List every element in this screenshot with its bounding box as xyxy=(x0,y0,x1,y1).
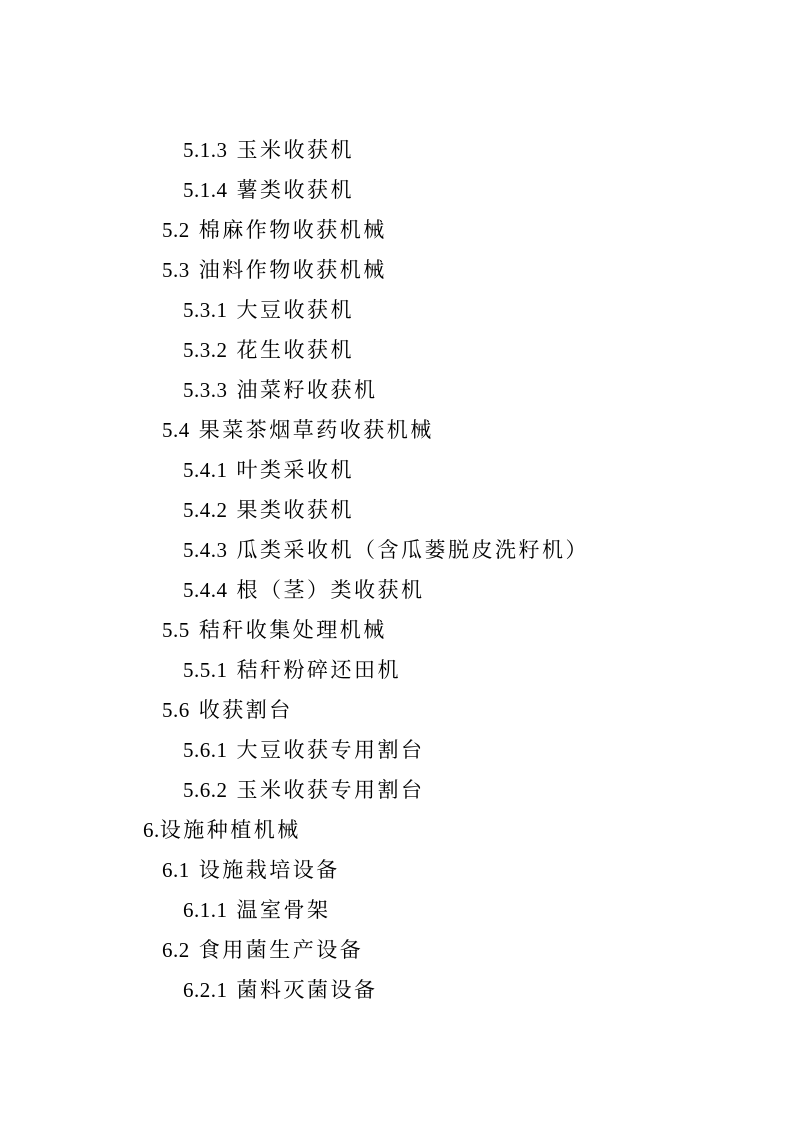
item-number: 5.1.4 xyxy=(183,178,228,202)
outline-item: 6.1.1温室骨架 xyxy=(0,890,793,930)
item-number: 5.4.3 xyxy=(183,538,228,562)
outline-item: 5.2棉麻作物收获机械 xyxy=(0,210,793,250)
item-number: 5.6 xyxy=(162,698,190,722)
item-number: 5.5.1 xyxy=(183,658,228,682)
outline-item: 5.3.1大豆收获机 xyxy=(0,290,793,330)
item-title: 油菜籽收获机 xyxy=(237,378,378,402)
item-number: 5.4.4 xyxy=(183,578,228,602)
item-title: 油料作物收获机械 xyxy=(199,258,387,282)
outline-item: 6.2食用菌生产设备 xyxy=(0,930,793,970)
item-number: 6.1 xyxy=(162,858,190,882)
item-title: 根（茎）类收获机 xyxy=(237,578,425,602)
outline-item: 5.5秸秆收集处理机械 xyxy=(0,610,793,650)
item-number: 5.4.1 xyxy=(183,458,228,482)
item-number: 5.2 xyxy=(162,218,190,242)
item-title: 温室骨架 xyxy=(237,898,331,922)
item-number: 6.2 xyxy=(162,938,190,962)
item-number: 5.4.2 xyxy=(183,498,228,522)
item-number: 5.4 xyxy=(162,418,190,442)
item-title: 棉麻作物收获机械 xyxy=(199,218,387,242)
document-page: 5.1.3玉米收获机 5.1.4薯类收获机 5.2棉麻作物收获机械 5.3油料作… xyxy=(0,0,793,1122)
item-title: 大豆收获专用割台 xyxy=(237,738,425,762)
item-title: 食用菌生产设备 xyxy=(199,938,364,962)
item-number: 5.6.1 xyxy=(183,738,228,762)
item-title: 收获割台 xyxy=(199,698,293,722)
item-title: 菌料灭菌设备 xyxy=(237,978,378,1002)
item-title: 秸秆收集处理机械 xyxy=(199,618,387,642)
outline-item: 5.4.2果类收获机 xyxy=(0,490,793,530)
outline-item: 5.4果菜茶烟草药收获机械 xyxy=(0,410,793,450)
item-title: 秸秆粉碎还田机 xyxy=(237,658,402,682)
item-number: 6. xyxy=(143,818,160,842)
item-title: 花生收获机 xyxy=(237,338,355,362)
item-title: 玉米收获机 xyxy=(237,138,355,162)
outline-item: 5.1.3玉米收获机 xyxy=(0,130,793,170)
outline-item: 5.6收获割台 xyxy=(0,690,793,730)
item-title: 大豆收获机 xyxy=(237,298,355,322)
item-title: 设施栽培设备 xyxy=(199,858,340,882)
item-title: 设施种植机械 xyxy=(160,818,301,842)
item-number: 6.2.1 xyxy=(183,978,228,1002)
outline-item: 6.1设施栽培设备 xyxy=(0,850,793,890)
outline-item: 5.6.2玉米收获专用割台 xyxy=(0,770,793,810)
item-title: 果类收获机 xyxy=(237,498,355,522)
item-number: 5.3 xyxy=(162,258,190,282)
outline-item: 5.5.1秸秆粉碎还田机 xyxy=(0,650,793,690)
outline-item: 5.4.1叶类采收机 xyxy=(0,450,793,490)
item-number: 5.3.1 xyxy=(183,298,228,322)
outline-item: 5.4.3瓜类采收机（含瓜蒌脱皮洗籽机） xyxy=(0,530,793,570)
outline-item: 5.3油料作物收获机械 xyxy=(0,250,793,290)
outline-list: 5.1.3玉米收获机 5.1.4薯类收获机 5.2棉麻作物收获机械 5.3油料作… xyxy=(0,130,793,1010)
outline-item: 5.6.1大豆收获专用割台 xyxy=(0,730,793,770)
item-number: 5.3.3 xyxy=(183,378,228,402)
outline-item: 6.设施种植机械 xyxy=(0,810,793,850)
outline-item: 5.3.2花生收获机 xyxy=(0,330,793,370)
outline-item: 6.2.1菌料灭菌设备 xyxy=(0,970,793,1010)
item-number: 5.1.3 xyxy=(183,138,228,162)
item-title: 薯类收获机 xyxy=(237,178,355,202)
outline-item: 5.1.4薯类收获机 xyxy=(0,170,793,210)
item-title: 玉米收获专用割台 xyxy=(237,778,425,802)
item-number: 5.5 xyxy=(162,618,190,642)
outline-item: 5.4.4根（茎）类收获机 xyxy=(0,570,793,610)
item-title: 叶类采收机 xyxy=(237,458,355,482)
item-number: 5.6.2 xyxy=(183,778,228,802)
item-number: 5.3.2 xyxy=(183,338,228,362)
item-title: 瓜类采收机（含瓜蒌脱皮洗籽机） xyxy=(237,538,590,562)
item-title: 果菜茶烟草药收获机械 xyxy=(199,418,434,442)
outline-item: 5.3.3油菜籽收获机 xyxy=(0,370,793,410)
item-number: 6.1.1 xyxy=(183,898,228,922)
